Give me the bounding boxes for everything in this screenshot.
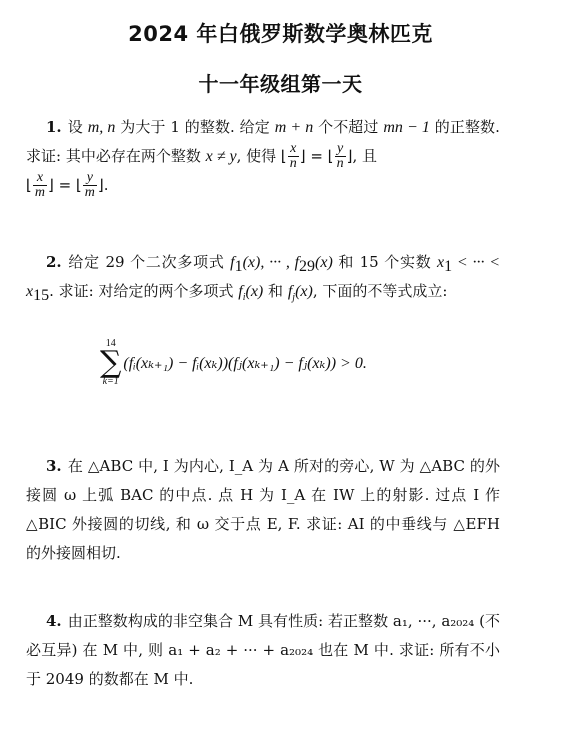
math: fj(x) — [288, 283, 313, 300]
problem-1: 1.设 m, n 为大于 1 的整数. 给定 m + n 个不超过 mn − 1… — [26, 113, 500, 200]
math: x ≠ y — [206, 148, 237, 165]
text: 和 15 个实数 — [338, 253, 431, 271]
text: 的正 — [435, 118, 465, 136]
sum-lower-limit: k=1 — [103, 377, 119, 387]
text: , 使得 — [237, 147, 277, 165]
math: m, n — [88, 119, 116, 136]
floor-expression: ⌊xn⌋ = ⌊yn⌋ — [281, 147, 353, 165]
text: , 且 — [352, 147, 377, 165]
problem-number: 1. — [46, 118, 62, 136]
floor-expression: ⌊xm⌋ = ⌊ym⌋. — [26, 176, 109, 194]
text: 给定 29 个二次多项式 — [68, 253, 225, 271]
problem-text: 在 △ABC 中, I 为内心, I_A 为 A 所对的旁心, W 为 △ABC… — [26, 457, 500, 562]
math: m + n — [275, 119, 314, 136]
problem-number: 4. — [46, 612, 62, 630]
math: mn − 1 — [383, 119, 430, 136]
problem-3: 3.在 △ABC 中, I 为内心, I_A 为 A 所对的旁心, W 为 △A… — [26, 452, 500, 568]
math: f1(x), ··· , f29(x) — [230, 254, 333, 271]
summation: 14 ∑ k=1 — [100, 339, 121, 387]
problem-text: 由正整数构成的非空集合 M 具有性质: 若正整数 a₁, ···, a₂₀₂₄ … — [26, 612, 500, 688]
text: 个不超过 — [318, 118, 378, 136]
sigma-icon: ∑ — [100, 349, 121, 377]
math: fi(x) — [238, 283, 263, 300]
text: 等式成立: — [382, 282, 447, 300]
document-title: 2024 年白俄罗斯数学奥林匹克 — [0, 18, 561, 48]
subtitle-text: 十一年级组第一天 — [199, 72, 363, 96]
text: 和 — [268, 282, 283, 300]
text: . 求证: 对给定的两个多项式 — [49, 282, 233, 300]
formula-body: (fᵢ(xₖ₊₁) − fᵢ(xₖ))(fⱼ(xₖ₊₁) − fⱼ(xₖ)) >… — [123, 353, 366, 373]
text: , 下面的不 — [313, 282, 383, 300]
problem-number: 3. — [46, 457, 62, 475]
problem-number: 2. — [46, 253, 62, 271]
document-subtitle: 十一年级组第一天 — [0, 68, 561, 97]
text: 设 — [68, 118, 83, 136]
text: 为大于 1 的整数. 给定 — [120, 118, 270, 136]
problem-2: 2.给定 29 个二次多项式 f1(x), ··· , f29(x) 和 15 … — [26, 248, 500, 306]
problem-4: 4.由正整数构成的非空集合 M 具有性质: 若正整数 a₁, ···, a₂₀₂… — [26, 607, 500, 694]
display-formula: 14 ∑ k=1 (fᵢ(xₖ₊₁) − fᵢ(xₖ))(fⱼ(xₖ₊₁) − … — [100, 336, 367, 390]
